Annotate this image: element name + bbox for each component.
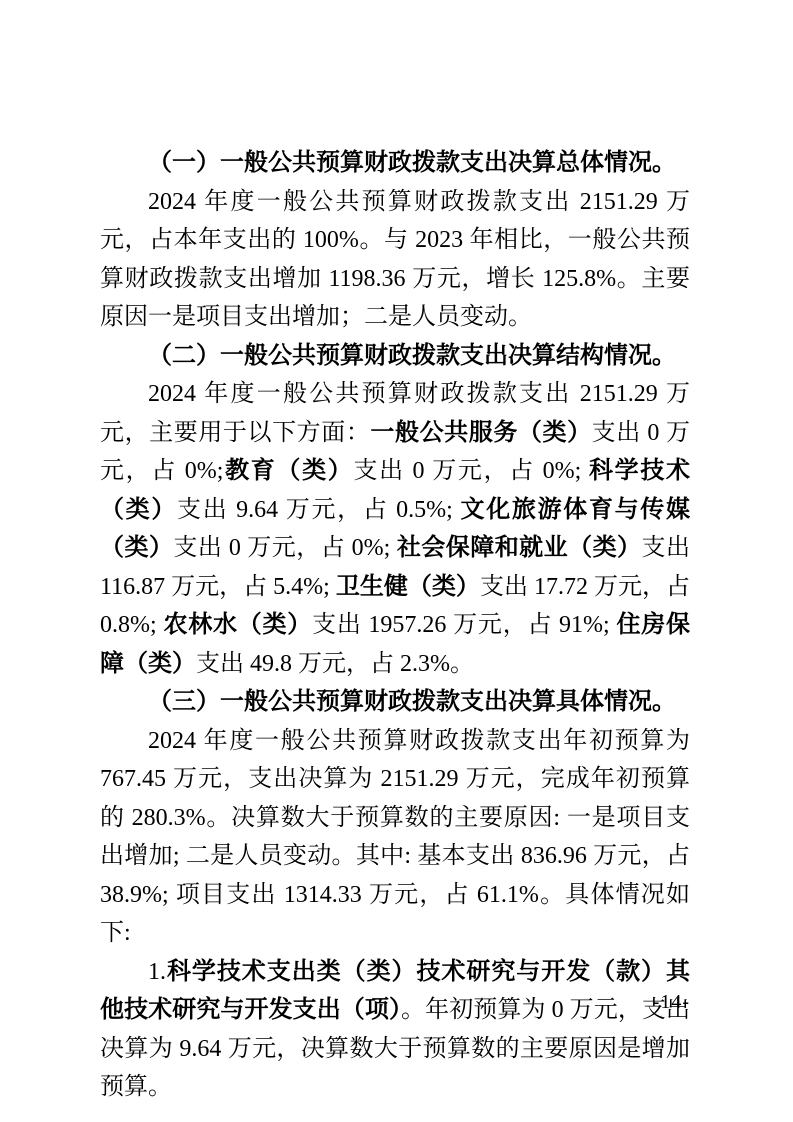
section-2-heading: （二）一般公共预算财政拨款支出决算结构情况。 [100,337,690,376]
section-3-paragraph-2: 1.科学技术支出类（类）技术研究与开发（款）其他技术研究与开发支出（项）。年初预… [100,953,690,1107]
body-text: 2024 年度一般公共预算财政拨款支出年初预算为 767.45 万元，支出决算为… [100,728,690,947]
section-1-heading: （一）一般公共预算财政拨款支出决算总体情况。 [100,144,690,183]
emphasis-text: 农林水（类） [163,611,312,638]
section-specific-situation: （三）一般公共预算财政拨款支出决算具体情况。 2024 年度一般公共预算财政拨款… [100,683,690,1107]
document-content: （一）一般公共预算财政拨款支出决算总体情况。 2024 年度一般公共预算财政拨款… [100,144,690,1107]
emphasis-text: 卫生健（类） [336,573,480,600]
section-overall-situation: （一）一般公共预算财政拨款支出决算总体情况。 2024 年度一般公共预算财政拨款… [100,144,690,337]
body-text: 1. [148,959,166,985]
emphasis-text: 社会保障和就业（类） [397,534,642,561]
body-text: 支出 9.64 万元，占 0.5%; [177,497,460,523]
section-3-paragraph-1: 2024 年度一般公共预算财政拨款支出年初预算为 767.45 万元，支出决算为… [100,722,690,953]
section-3-heading: （三）一般公共预算财政拨款支出决算具体情况。 [100,683,690,722]
emphasis-text: 教育（类） [223,457,353,484]
body-text: 2024 年度一般公共预算财政拨款支出 2151.29 万元，占本年支出的 10… [100,189,690,331]
body-text: 支出 49.8 万元，占 2.3%。 [196,651,474,677]
emphasis-text: 一般公共服务（类） [370,419,591,446]
body-text: 支出 0 万元，占 0%; [353,458,588,484]
body-text: 支出 1957.26 万元，占 91%; [312,612,616,638]
document-page: （一）一般公共预算财政拨款支出决算总体情况。 2024 年度一般公共预算财政拨款… [0,0,793,1122]
page-number: -14- [653,991,690,1014]
section-structure-situation: （二）一般公共预算财政拨款支出决算结构情况。 2024 年度一般公共预算财政拨款… [100,337,690,684]
section-2-paragraph-1: 2024 年度一般公共预算财政拨款支出 2151.29 万元，主要用于以下方面：… [100,375,690,683]
section-1-paragraph-1: 2024 年度一般公共预算财政拨款支出 2151.29 万元，占本年支出的 10… [100,183,690,337]
body-text: 支出 0 万元，占 0%; [173,535,396,561]
